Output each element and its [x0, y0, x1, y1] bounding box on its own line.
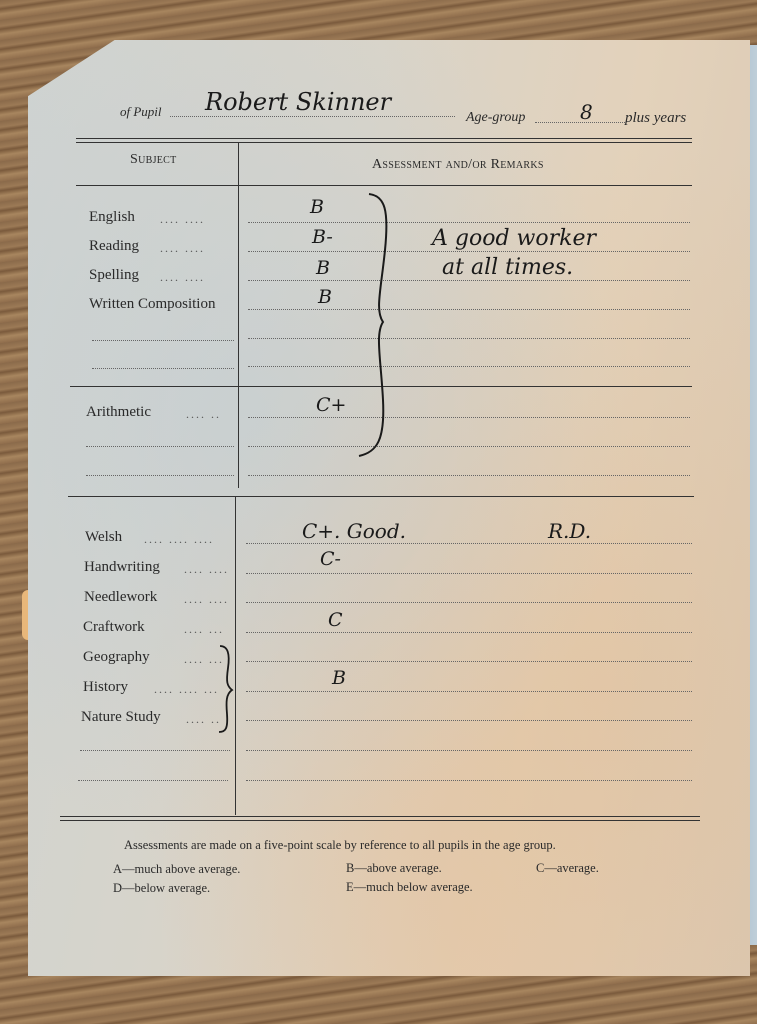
pupil-label: of Pupil: [120, 104, 162, 120]
leader-dots: .... ....: [184, 592, 229, 607]
leader-dots: .... ....: [160, 241, 205, 256]
remark-line-1: A good worker: [432, 226, 596, 251]
assessment-line: [248, 222, 690, 223]
age-group-suffix: plus years: [625, 110, 686, 127]
blank-subject-line: [92, 368, 234, 369]
grade-spelling: B: [316, 257, 330, 279]
assessment-line: [246, 632, 692, 633]
grade-written-composition: B: [318, 286, 332, 308]
grade-craftwork: C: [328, 609, 343, 631]
subject-written-composition: Written Composition: [89, 296, 215, 313]
blank-subject-line: [78, 780, 228, 781]
grade-handwriting: C-: [320, 548, 341, 570]
subject-welsh: Welsh: [85, 529, 122, 546]
leader-dots: .... .... ....: [144, 532, 214, 547]
subject-handwriting: Handwriting: [84, 559, 160, 576]
subject-nature-study: Nature Study: [81, 709, 161, 726]
assessment-line: [248, 280, 690, 281]
blank-subject-line: [92, 340, 234, 341]
group-divider-2: [68, 496, 694, 497]
subject-needlework: Needlework: [84, 589, 157, 606]
leader-dots: .... ....: [184, 562, 229, 577]
subject-geography: Geography: [83, 649, 150, 666]
blank-subject-line: [86, 475, 234, 476]
assessment-line: [248, 417, 690, 418]
grade-welsh: C+. Good.: [302, 519, 406, 543]
grade-reading: B-: [312, 226, 333, 248]
subject-craftwork: Craftwork: [83, 619, 145, 636]
assessment-line: [246, 602, 692, 603]
assessment-line: [246, 661, 692, 662]
subject-spelling: Spelling: [89, 267, 139, 284]
remark-line-2: at all times.: [442, 255, 573, 280]
grade-arithmetic: C+: [316, 394, 346, 416]
subject-history: History: [83, 679, 128, 696]
blank-subject-line: [86, 446, 234, 447]
assessment-line: [248, 446, 690, 447]
scale-d: D—below average.: [113, 881, 210, 896]
scale-c: C—average.: [536, 861, 599, 876]
header-rule-top: [76, 138, 692, 139]
assessment-line: [246, 780, 692, 781]
leader-dots: .... .... ...: [154, 682, 219, 697]
assessment-line: [248, 338, 690, 339]
leader-dots: .... ..: [186, 712, 221, 727]
blank-subject-line: [80, 750, 230, 751]
assessment-line: [246, 573, 692, 574]
assessment-line: [246, 691, 692, 692]
subject-reading: Reading: [89, 238, 139, 255]
age-group-label: Age-group: [466, 110, 525, 126]
header-rule-top-2: [76, 142, 692, 143]
leader-dots: .... ....: [160, 270, 205, 285]
column-header-subject: Subject: [130, 152, 177, 168]
teacher-initials: R.D.: [548, 519, 591, 543]
brace-icon: [355, 190, 395, 460]
report-card-page: [28, 40, 750, 976]
assessment-line: [246, 543, 692, 544]
pupil-name: Robert Skinner: [205, 88, 391, 116]
assessment-line: [248, 366, 690, 367]
assessment-line: [246, 720, 692, 721]
scale-b: B—above average.: [346, 861, 442, 876]
assessment-line: [248, 251, 690, 252]
leader-dots: .... ..: [186, 407, 221, 422]
footer-rule-2: [60, 820, 700, 821]
leader-dots: .... ...: [184, 622, 224, 637]
subject-english: English: [89, 209, 135, 226]
small-brace-icon: [218, 644, 238, 736]
assessment-line: [248, 309, 690, 310]
assessment-scale-intro: Assessments are made on a five-point sca…: [124, 838, 556, 853]
grade-history-group: B: [332, 667, 346, 689]
assessment-line: [246, 750, 692, 751]
scale-a: A—much above average.: [113, 862, 240, 877]
scale-e: E—much below average.: [346, 880, 473, 895]
grade-english: B: [310, 196, 324, 218]
column-header-assessment: Assessment and/or Remarks: [372, 157, 544, 173]
footer-rule-1: [60, 816, 700, 817]
column-divider-1: [238, 143, 239, 488]
leader-dots: .... ....: [160, 212, 205, 227]
header-rule-bottom: [76, 185, 692, 186]
pupil-name-line: [170, 116, 455, 117]
assessment-line: [248, 475, 690, 476]
subject-arithmetic: Arithmetic: [86, 404, 151, 421]
age-group-value: 8: [580, 100, 593, 124]
